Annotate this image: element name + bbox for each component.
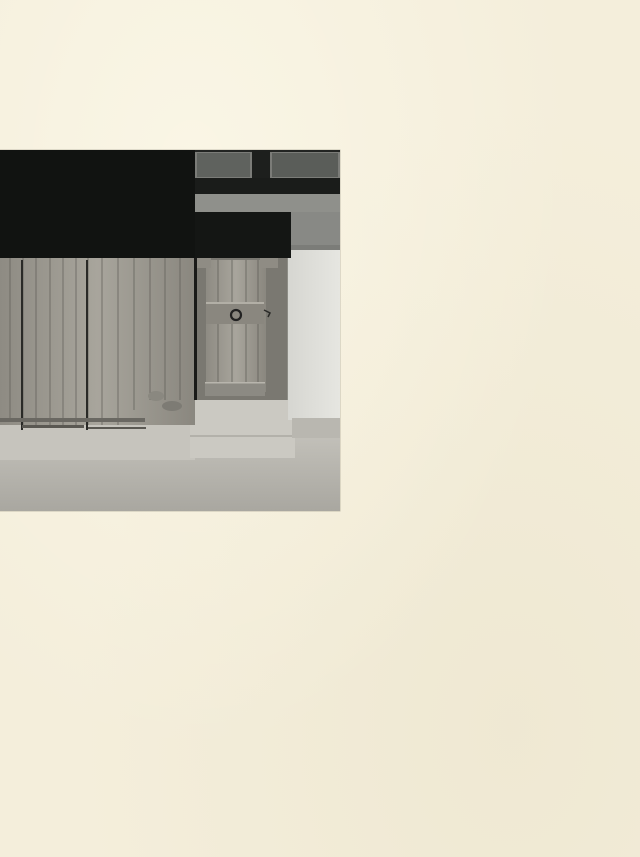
photo-barn-doors <box>0 150 340 511</box>
photograph <box>0 150 340 511</box>
book-page <box>0 0 640 857</box>
